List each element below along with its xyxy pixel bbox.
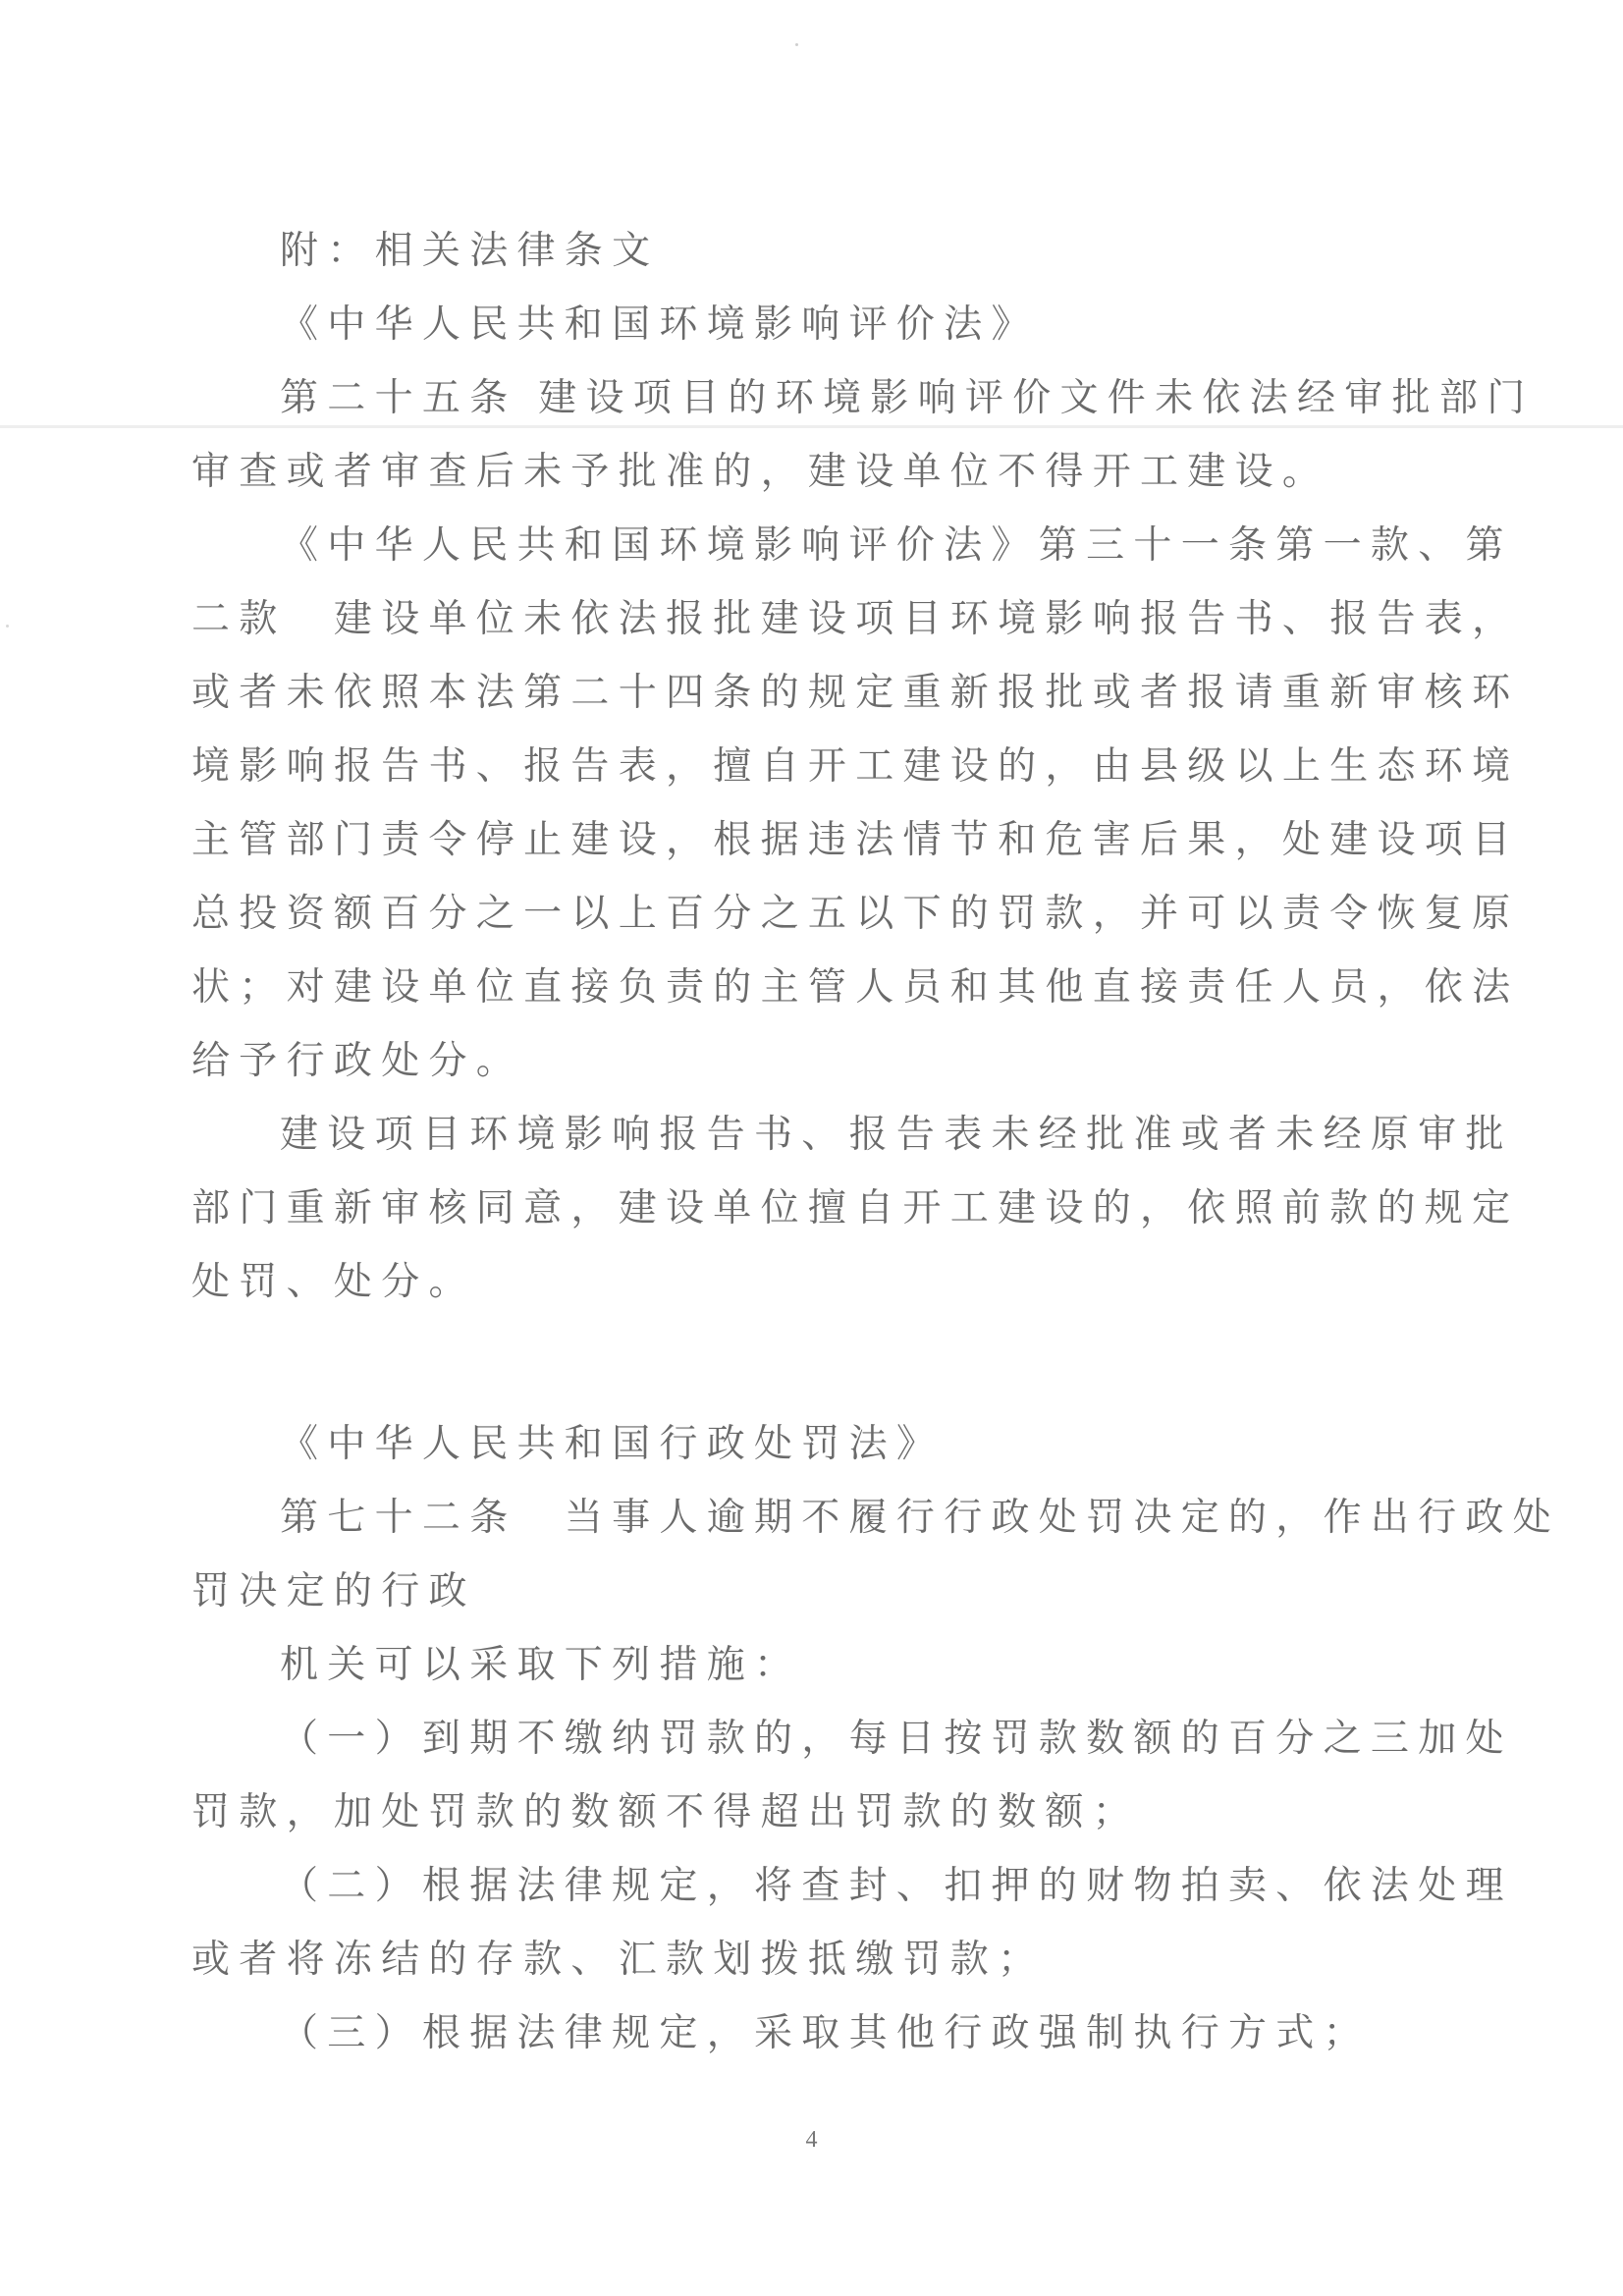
article-31-line-4: 境影响报告书、报告表，擅自开工建设的，由县级以上生态环境: [191, 730, 1431, 803]
scan-artifact-dot: [795, 43, 798, 46]
page-number: 4: [0, 2127, 1623, 2154]
article-25-line-1: 第二十五条 建设项目的环境影响评价文件未依法经审批部门: [191, 361, 1431, 435]
article-31-line-6: 总投资额百分之一以上百分之五以下的罚款，并可以责令恢复原: [191, 877, 1431, 951]
article-31-para2-line-3: 处罚、处分。: [191, 1245, 1431, 1319]
article-72-line-1: 第七十二条 当事人逾期不履行行政处罚决定的，作出行政处: [191, 1481, 1431, 1555]
law-title-eia: 《中华人民共和国环境影响评价法》: [191, 288, 1431, 361]
scan-artifact-dot: [6, 625, 9, 628]
law-title-admin-penalty: 《中华人民共和国行政处罚法》: [191, 1407, 1431, 1481]
section-gap: [191, 1319, 1431, 1407]
article-31-para2-line-1: 建设项目环境影响报告书、报告表未经批准或者未经原审批: [191, 1098, 1431, 1172]
article-31-line-8: 给予行政处分。: [191, 1024, 1431, 1098]
article-31-line-3: 或者未依照本法第二十四条的规定重新报批或者报请重新审核环: [191, 656, 1431, 730]
article-25-line-2: 审查或者审查后未予批准的，建设单位不得开工建设。: [191, 435, 1431, 509]
article-31-line-1: 《中华人民共和国环境影响评价法》第三十一条第一款、第: [191, 509, 1431, 582]
article-31-para2-line-2: 部门重新审核同意，建设单位擅自开工建设的，依照前款的规定: [191, 1172, 1431, 1245]
measure-3-line-1: （三）根据法律规定，采取其他行政强制执行方式；: [191, 1996, 1431, 2070]
measure-1-line-2: 罚款，加处罚款的数额不得超出罚款的数额；: [191, 1776, 1431, 1849]
article-31-line-5: 主管部门责令停止建设，根据违法情节和危害后果，处建设项目: [191, 803, 1431, 877]
measure-2-line-1: （二）根据法律规定，将查封、扣押的财物拍卖、依法处理: [191, 1849, 1431, 1923]
measure-2-line-2: 或者将冻结的存款、汇款划拨抵缴罚款；: [191, 1923, 1431, 1996]
document-body: 附：相关法律条文 《中华人民共和国环境影响评价法》 第二十五条 建设项目的环境影…: [191, 214, 1431, 2070]
article-72-line-3: 机关可以采取下列措施：: [191, 1628, 1431, 1702]
measure-1-line-1: （一）到期不缴纳罚款的，每日按罚款数额的百分之三加处: [191, 1702, 1431, 1776]
article-72-line-2: 罚决定的行政: [191, 1555, 1431, 1628]
article-31-line-2: 二款 建设单位未依法报批建设项目环境影响报告书、报告表，: [191, 582, 1431, 656]
article-31-line-7: 状；对建设单位直接负责的主管人员和其他直接责任人员，依法: [191, 951, 1431, 1024]
appendix-heading: 附：相关法律条文: [191, 214, 1431, 288]
